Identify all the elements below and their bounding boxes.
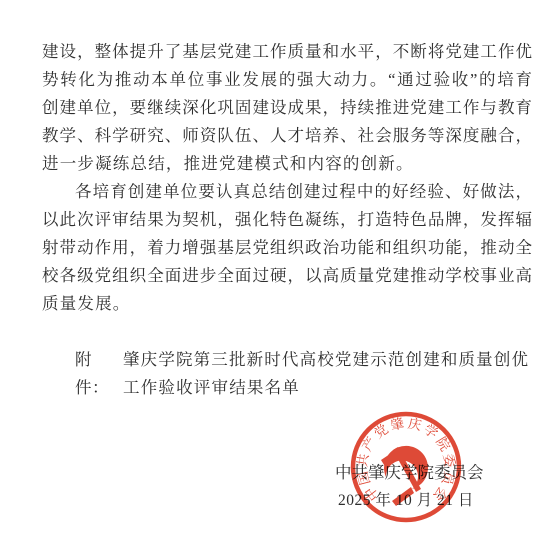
attachment-block: 附件： 肇庆学院第三批新时代高校党建示范创建和质量创优工作验收评审结果名单 (75, 346, 532, 402)
body-line: 势转化为推动本单位事业发展的强大动力。“通过验收”的培育 (42, 66, 532, 94)
attachment-title-line: 肇庆学院第三批新时代高校党建示范创建和质量创优 (123, 346, 528, 374)
official-seal-stamp: 中国共产党肇庆学院委员会 (336, 397, 476, 537)
sickle-handle (392, 487, 414, 506)
document-page: 建设，整体提升了基层党建工作质量和水平，不断将党建工作优势转化为推动本单位事业发… (0, 0, 550, 556)
hammer-sickle-icon (381, 446, 428, 506)
body-line: 建设，整体提升了基层党建工作质量和水平，不断将党建工作优 (42, 38, 532, 66)
body-line: 以此次评审结果为契机，强化特色凝练，打造特色品牌，发挥辐 (42, 206, 532, 234)
body-line: 各培育创建单位要认真总结创建过程中的好经验、好做法， (42, 178, 532, 206)
attachment-label: 附件： (75, 346, 123, 402)
seal-ring-char: 委 (441, 453, 458, 469)
seal-ring-char: 庆 (407, 416, 424, 434)
seal-ring-char: 肇 (389, 415, 405, 433)
body-line: 射带动作用，着力增强基层党组织政治功能和组织功能，推动全 (42, 234, 532, 262)
body-text: 建设，整体提升了基层党建工作质量和水平，不断将党建工作优势转化为推动本单位事业发… (42, 38, 532, 318)
body-line: 教学、科学研究、师资队伍、人才培养、社会服务等深度融合， (42, 122, 532, 150)
attachment-title: 肇庆学院第三批新时代高校党建示范创建和质量创优工作验收评审结果名单 (123, 346, 528, 402)
body-line: 创建单位，要继续深化巩固建设成果，持续推进党建工作与教育 (42, 94, 532, 122)
body-line: 质量发展。 (42, 290, 532, 318)
seal-graphic: 中国共产党肇庆学院委员会 (353, 414, 459, 520)
seal-ring-char: 共 (355, 452, 372, 468)
body-line: 校各级党组织全面进步全面过硬，以高质量党建推动学校事业高 (42, 262, 532, 290)
body-line: 进一步凝练总结，推进党建模式和内容的创新。 (42, 150, 532, 178)
seal-ring-char: 国 (355, 470, 373, 487)
